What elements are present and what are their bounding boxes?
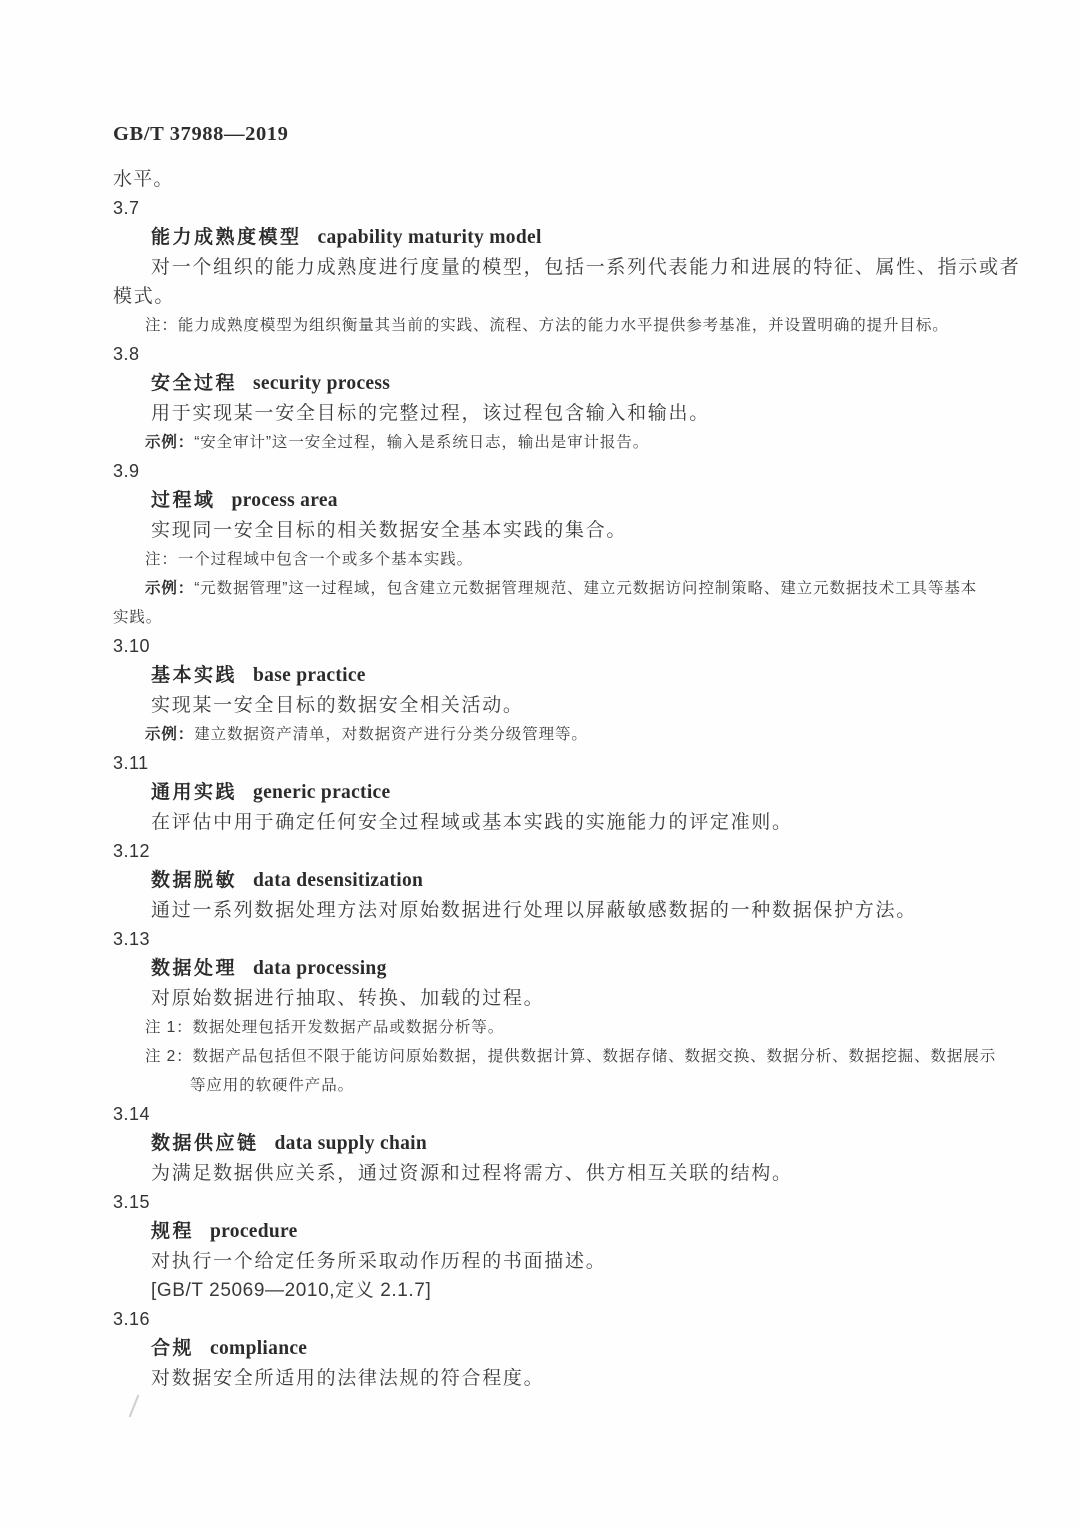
note-label: 注：: [145, 317, 178, 334]
term-en: data supply chain: [275, 1133, 428, 1154]
term-line: 数据供应链data supply chain: [113, 1129, 980, 1159]
term-en: compliance: [210, 1338, 307, 1359]
term-zh: 安全过程: [151, 373, 237, 394]
definition-line: 模式。: [113, 282, 980, 311]
section-number: 3.15: [113, 1188, 980, 1217]
example-text: “元数据管理”这一过程域，包含建立元数据管理规范、建立元数据访问控制策略、建立元…: [194, 580, 977, 597]
term-zh: 能力成熟度模型: [151, 227, 302, 248]
definition-line: 在评估中用于确定任何安全过程域或基本实践的实施能力的评定准则。: [113, 808, 980, 837]
definition-line: 实现某一安全目标的数据安全相关活动。: [113, 691, 980, 720]
section-number: 3.16: [113, 1305, 980, 1334]
definition-line: 对原始数据进行抽取、转换、加载的过程。: [113, 984, 980, 1013]
section: 3.14数据供应链data supply chain为满足数据供应关系，通过资源…: [113, 1100, 980, 1188]
term-en: generic practice: [253, 782, 390, 803]
term-en: process area: [232, 490, 338, 511]
section-number: 3.11: [113, 749, 980, 778]
reference-line: [GB/T 25069—2010,定义 2.1.7]: [113, 1276, 980, 1305]
example-line: 示例：“安全审计”这一安全过程，输入是系统日志，输出是审计报告。: [113, 428, 980, 457]
term-line: 基本实践base practice: [113, 661, 980, 691]
definition-line: 对一个组织的能力成熟度进行度量的模型，包括一系列代表能力和进展的特征、属性、指示…: [113, 253, 980, 282]
term-line: 合规compliance: [113, 1334, 980, 1364]
scan-artifact: [129, 1394, 140, 1417]
term-line: 数据处理data processing: [113, 954, 980, 984]
example-label: 示例：: [145, 726, 194, 743]
note-text: 能力成熟度模型为组织衡量其当前的实践、流程、方法的能力水平提供参考基准，并设置明…: [178, 317, 949, 334]
term-zh: 通用实践: [151, 782, 237, 803]
note-line: 注 2：数据产品包括但不限于能访问原始数据，提供数据计算、数据存储、数据交换、数…: [113, 1042, 980, 1071]
section: 3.15规程procedure对执行一个给定任务所采取动作历程的书面描述。[GB…: [113, 1188, 980, 1305]
section: 3.8安全过程security process用于实现某一安全目标的完整过程，该…: [113, 340, 980, 457]
section: 3.12数据脱敏data desensitization通过一系列数据处理方法对…: [113, 837, 980, 925]
section-number: 3.10: [113, 632, 980, 661]
section-number: 3.12: [113, 837, 980, 866]
term-en: capability maturity model: [318, 227, 542, 248]
section: 3.13数据处理data processing对原始数据进行抽取、转换、加载的过…: [113, 925, 980, 1100]
note-text: 一个过程域中包含一个或多个基本实践。: [178, 551, 473, 568]
term-line: 通用实践generic practice: [113, 778, 980, 808]
page-content: GB/T 37988—2019 水平。 3.7能力成熟度模型capability…: [113, 120, 980, 1393]
example-line: 示例：“元数据管理”这一过程域，包含建立元数据管理规范、建立元数据访问控制策略、…: [113, 574, 980, 603]
note-text: 数据处理包括开发数据产品或数据分析等。: [193, 1019, 505, 1036]
term-en: data processing: [253, 958, 387, 979]
term-en: data desensitization: [253, 870, 423, 891]
section: 3.7能力成熟度模型capability maturity model对一个组织…: [113, 194, 980, 340]
term-zh: 合规: [151, 1338, 194, 1359]
term-line: 规程procedure: [113, 1217, 980, 1247]
example-label: 示例：: [145, 580, 194, 597]
note-line: 等应用的软硬件产品。: [113, 1071, 980, 1100]
definition-line: 对执行一个给定任务所采取动作历程的书面描述。: [113, 1247, 980, 1276]
term-en: security process: [253, 373, 390, 394]
note-line: 注 1：数据处理包括开发数据产品或数据分析等。: [113, 1013, 980, 1042]
section-number: 3.7: [113, 194, 980, 223]
note-line: 注：能力成熟度模型为组织衡量其当前的实践、流程、方法的能力水平提供参考基准，并设…: [113, 311, 980, 340]
term-zh: 基本实践: [151, 665, 237, 686]
term-line: 过程域process area: [113, 486, 980, 516]
note-line: 注：一个过程域中包含一个或多个基本实践。: [113, 545, 980, 574]
section: 3.10基本实践base practice实现某一安全目标的数据安全相关活动。示…: [113, 632, 980, 749]
section: 3.9过程域process area实现同一安全目标的相关数据安全基本实践的集合…: [113, 457, 980, 632]
term-en: procedure: [210, 1221, 298, 1242]
section: 3.16合规compliance对数据安全所适用的法律法规的符合程度。: [113, 1305, 980, 1393]
term-zh: 规程: [151, 1221, 194, 1242]
example-text: “安全审计”这一安全过程，输入是系统日志，输出是审计报告。: [194, 434, 649, 451]
section-number: 3.14: [113, 1100, 980, 1129]
term-en: base practice: [253, 665, 366, 686]
term-zh: 数据脱敏: [151, 870, 237, 891]
term-line: 安全过程security process: [113, 369, 980, 399]
sections: 3.7能力成熟度模型capability maturity model对一个组织…: [113, 194, 980, 1393]
term-zh: 数据处理: [151, 958, 237, 979]
section-number: 3.13: [113, 925, 980, 954]
continuation-paragraph: 水平。: [113, 165, 980, 194]
note-label: 注 1：: [145, 1019, 193, 1036]
note-label: 注 2：: [145, 1048, 193, 1065]
document-page: GB/T 37988—2019 水平。 3.7能力成熟度模型capability…: [0, 0, 1080, 1528]
definition-line: 为满足数据供应关系，通过资源和过程将需方、供方相互关联的结构。: [113, 1159, 980, 1188]
document-code-header: GB/T 37988—2019: [113, 120, 980, 149]
section-number: 3.8: [113, 340, 980, 369]
term-zh: 过程域: [151, 490, 216, 511]
note-text: 数据产品包括但不限于能访问原始数据，提供数据计算、数据存储、数据交换、数据分析、…: [193, 1048, 997, 1065]
term-zh: 数据供应链: [151, 1133, 259, 1154]
term-line: 能力成熟度模型capability maturity model: [113, 223, 980, 253]
term-line: 数据脱敏data desensitization: [113, 866, 980, 896]
example-label: 示例：: [145, 434, 194, 451]
example-line: 示例：建立数据资产清单，对数据资产进行分类分级管理等。: [113, 720, 980, 749]
definition-line: 实现同一安全目标的相关数据安全基本实践的集合。: [113, 516, 980, 545]
section-number: 3.9: [113, 457, 980, 486]
example-text: 建立数据资产清单，对数据资产进行分类分级管理等。: [194, 726, 588, 743]
example-line: 实践。: [113, 603, 980, 632]
section: 3.11通用实践generic practice在评估中用于确定任何安全过程域或…: [113, 749, 980, 837]
definition-line: 对数据安全所适用的法律法规的符合程度。: [113, 1364, 980, 1393]
definition-line: 通过一系列数据处理方法对原始数据进行处理以屏蔽敏感数据的一种数据保护方法。: [113, 896, 980, 925]
definition-line: 用于实现某一安全目标的完整过程，该过程包含输入和输出。: [113, 399, 980, 428]
note-label: 注：: [145, 551, 178, 568]
